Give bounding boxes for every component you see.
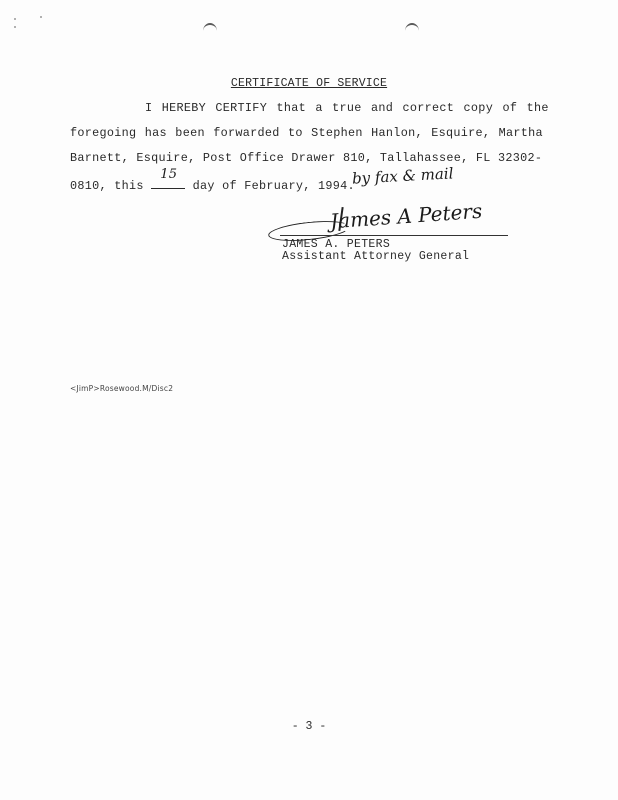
signer-title: Assistant Attorney General — [282, 250, 469, 263]
handwritten-day: 15 — [160, 167, 177, 182]
scan-speck — [14, 18, 16, 20]
scan-speck — [14, 26, 16, 28]
document-page: CERTIFICATE OF SERVICE I HEREBY CERTIFY … — [0, 0, 618, 800]
handwritten-note: by fax & mail — [352, 164, 454, 187]
paragraph-line-4: 0810, this 15 day of February, 1994. — [70, 176, 355, 193]
page-number: - 3 - — [0, 720, 618, 733]
day-blank: 15 — [151, 176, 185, 189]
signature-line — [280, 235, 508, 236]
line4-prefix: 0810, this — [70, 179, 151, 193]
file-reference: <JimP>Rosewood.M/Disc2 — [70, 384, 173, 393]
paragraph-line-1: I HEREBY CERTIFY that a true and correct… — [145, 101, 549, 115]
punch-hole-mark — [203, 23, 217, 39]
document-title: CERTIFICATE OF SERVICE — [0, 77, 618, 90]
punch-hole-mark — [405, 23, 419, 39]
scan-speck — [40, 16, 42, 18]
paragraph-line-2: foregoing has been forwarded to Stephen … — [70, 126, 543, 140]
handwritten-signature: James A Peters — [329, 199, 483, 234]
line4-suffix: day of February, 1994. — [185, 179, 355, 193]
paragraph-line-3: Barnett, Esquire, Post Office Drawer 810… — [70, 151, 542, 165]
